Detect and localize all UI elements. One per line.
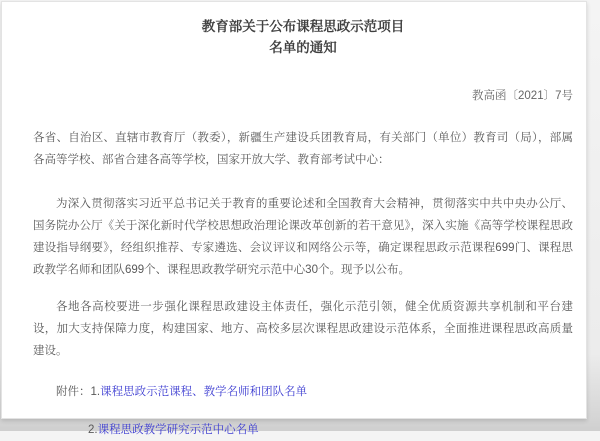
attachment-item-1-number: 1. <box>91 386 101 398</box>
attachment-line-1: 附件：1.课程思政示范课程、教学名师和团队名单 <box>33 381 573 403</box>
salutation-text: 各省、自治区、直辖市教育厅（教委），新疆生产建设兵团教育局，有关部门（单位）教育… <box>33 127 573 171</box>
document-number: 教高函〔2021〕7号 <box>33 85 573 107</box>
attachment-section: 附件：1.课程思政示范课程、教学名师和团队名单 2.课程思政教学研究示范中心名单 <box>33 381 573 431</box>
attachment-label: 附件： <box>56 386 91 398</box>
document-title-line-2: 名单的通知 <box>33 37 573 58</box>
body-paragraph-2: 各地各高校要进一步强化课程思政建设主体责任，强化示范引领，健全优质资源共享机制和… <box>33 296 573 362</box>
body-paragraph-1: 为深入贯彻落实习近平总书记关于教育的重要论述和全国教育大会精神，贯彻落实中共中央… <box>33 193 573 281</box>
document-title-line-1: 教育部关于公布课程思政示范项目 <box>33 16 573 37</box>
attachment-link-1[interactable]: 课程思政示范课程、教学名师和团队名单 <box>100 386 307 398</box>
notice-document-card: 教育部关于公布课程思政示范项目 名单的通知 教高函〔2021〕7号 各省、自治区… <box>1 1 587 419</box>
attachment-item-2-number: 2. <box>88 424 98 431</box>
document-title: 教育部关于公布课程思政示范项目 名单的通知 <box>33 16 573 58</box>
notice-document-content: 教育部关于公布课程思政示范项目 名单的通知 教高函〔2021〕7号 各省、自治区… <box>2 2 586 431</box>
attachment-line-2: 2.课程思政教学研究示范中心名单 <box>33 419 573 431</box>
attachment-link-2[interactable]: 课程思政教学研究示范中心名单 <box>98 424 259 431</box>
